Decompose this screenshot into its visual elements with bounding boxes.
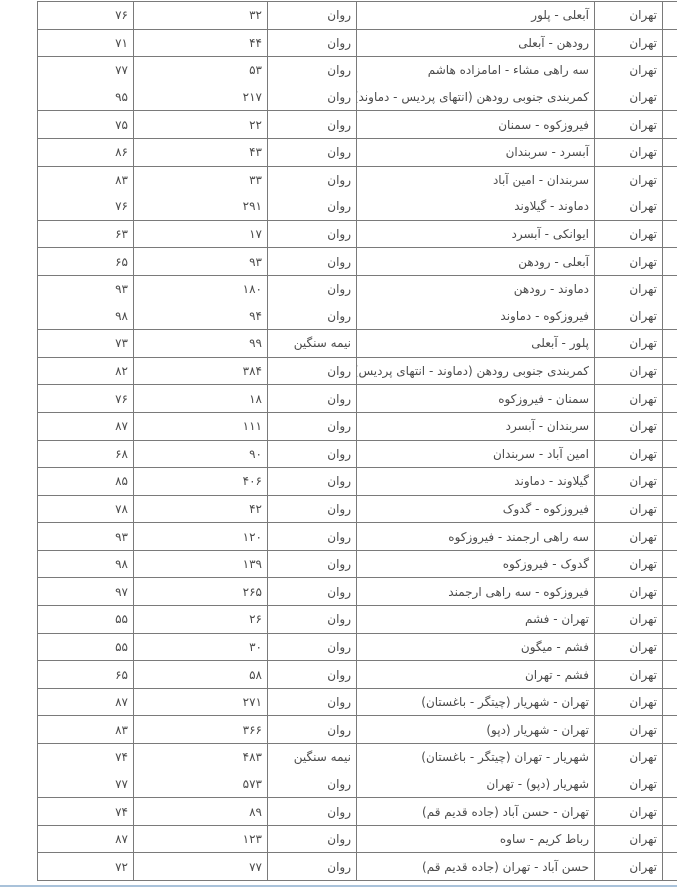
traffic-table-row: ۴۲ تهران سمنان - فیروزکوه روان ۱۸ ۷۶ [38,385,677,413]
route-name-cell: فیروزکوه - گدوک [357,495,595,523]
traffic-table-row: ۴۳ تهران سربندان - آبسرد روان ۱۱۱ ۸۷ [38,412,677,440]
traffic-table-body: ۲۸ تهران آبعلی - پلور روان ۳۲ ۷۶ ۲۹ تهرا… [38,2,677,881]
province-cell: تهران [595,193,663,220]
traffic-count-cell: ۳۶۶ [134,716,268,744]
traffic-table-row: ۴۸ تهران گدوک - فیروزکوه روان ۱۳۹ ۹۸ [38,550,677,578]
percent-cell: ۶۵ [38,248,134,276]
province-cell: تهران [595,771,663,798]
traffic-count-cell: ۲۶ [134,606,268,634]
row-number-cell: ۳۹ [663,303,677,330]
traffic-status-cell: نیمه سنگین [268,744,357,771]
traffic-count-cell: ۵۳ [134,57,268,84]
row-number-cell: ۳۰ [663,57,677,84]
percent-cell: ۶۸ [38,440,134,468]
province-cell: تهران [595,523,663,551]
traffic-count-cell: ۱۲۰ [134,523,268,551]
traffic-count-cell: ۱۷ [134,220,268,248]
row-number-cell: ۴۱ [663,357,677,385]
traffic-count-cell: ۱۱۱ [134,412,268,440]
route-name-cell: سه راهی ارجمند - فیروزکوه [357,523,595,551]
province-cell: تهران [595,716,663,744]
percent-cell: ۸۷ [38,825,134,853]
row-number-cell: ۲۸ [663,2,677,30]
traffic-table-row: ۵۲ تهران فشم - تهران روان ۵۸ ۶۵ [38,661,677,689]
traffic-status-cell: روان [268,606,357,634]
province-cell: تهران [595,825,663,853]
row-number-cell: ۵۱ [663,633,677,661]
traffic-table-row: ۳۵ تهران دماوند - گیلاوند روان ۲۹۱ ۷۶ [38,193,677,220]
traffic-status-cell: روان [268,412,357,440]
row-number-cell: ۴۰ [663,330,677,358]
province-cell: تهران [595,248,663,276]
row-number-cell: ۵۳ [663,688,677,716]
traffic-count-cell: ۹۹ [134,330,268,358]
traffic-count-cell: ۵۷۳ [134,771,268,798]
route-name-cell: رودهن - آبعلی [357,29,595,57]
traffic-status-cell: روان [268,84,357,111]
province-cell: تهران [595,468,663,496]
traffic-status-cell: روان [268,138,357,166]
percent-cell: ۸۵ [38,468,134,496]
row-number-cell: ۵۶ [663,771,677,798]
traffic-status-cell: روان [268,688,357,716]
row-number-cell: ۴۲ [663,385,677,413]
route-name-cell: دماوند - رودهن [357,275,595,302]
traffic-table-row: ۵۳ تهران تهران - شهریار (چیتگر - باغستان… [38,688,677,716]
route-name-cell: پلور - آبعلی [357,330,595,358]
percent-cell: ۷۳ [38,330,134,358]
province-cell: تهران [595,744,663,771]
route-name-cell: سربندان - امین آباد [357,166,595,193]
row-number-cell: ۴۷ [663,523,677,551]
row-number-cell: ۲۹ [663,29,677,57]
traffic-table-row: ۵۶ تهران شهریار (دپو) - تهران روان ۵۷۳ ۷… [38,771,677,798]
road-traffic-table: ۲۸ تهران آبعلی - پلور روان ۳۲ ۷۶ ۲۹ تهرا… [37,1,677,881]
traffic-count-cell: ۹۳ [134,248,268,276]
traffic-status-cell: روان [268,275,357,302]
traffic-table-row: ۵۷ تهران تهران - حسن آباد (جاده قدیم قم)… [38,798,677,826]
traffic-table-row: ۲۹ تهران رودهن - آبعلی روان ۴۴ ۷۱ [38,29,677,57]
route-name-cell: سه راهی مشاء - امامزاده هاشم [357,57,595,84]
row-number-cell: ۳۴ [663,166,677,193]
traffic-table-row: ۲۸ تهران آبعلی - پلور روان ۳۲ ۷۶ [38,2,677,30]
province-cell: تهران [595,330,663,358]
traffic-table-row: ۴۴ تهران امین آباد - سربندان روان ۹۰ ۶۸ [38,440,677,468]
traffic-status-cell: روان [268,550,357,578]
traffic-status-cell: روان [268,853,357,881]
row-number-cell: ۵۸ [663,825,677,853]
traffic-status-cell: روان [268,357,357,385]
traffic-table-row: ۳۷ تهران آبعلی - رودهن روان ۹۳ ۶۵ [38,248,677,276]
province-cell: تهران [595,440,663,468]
province-cell: تهران [595,111,663,139]
route-name-cell: شهریار (دپو) - تهران [357,771,595,798]
route-name-cell: آبعلی - رودهن [357,248,595,276]
row-number-cell: ۳۶ [663,220,677,248]
province-cell: تهران [595,29,663,57]
route-name-cell: فیروزکوه - سه راهی ارجمند [357,578,595,606]
traffic-table-row: ۴۰ تهران پلور - آبعلی نیمه سنگین ۹۹ ۷۳ [38,330,677,358]
traffic-count-cell: ۴۲ [134,495,268,523]
page-bottom-divider [0,885,677,887]
province-cell: تهران [595,84,663,111]
percent-cell: ۶۵ [38,661,134,689]
traffic-table-row: ۳۸ تهران دماوند - رودهن روان ۱۸۰ ۹۳ [38,275,677,302]
percent-cell: ۷۶ [38,193,134,220]
province-cell: تهران [595,688,663,716]
route-name-cell: دماوند - گیلاوند [357,193,595,220]
row-number-cell: ۵۲ [663,661,677,689]
province-cell: تهران [595,385,663,413]
traffic-status-cell: روان [268,825,357,853]
traffic-count-cell: ۹۴ [134,303,268,330]
traffic-status-cell: روان [268,29,357,57]
traffic-count-cell: ۳۸۴ [134,357,268,385]
traffic-status-cell: روان [268,166,357,193]
traffic-status-cell: روان [268,57,357,84]
traffic-count-cell: ۲۷۱ [134,688,268,716]
traffic-table-row: ۴۵ تهران گیلاوند - دماوند روان ۴۰۶ ۸۵ [38,468,677,496]
province-cell: تهران [595,57,663,84]
traffic-table-row: ۴۷ تهران سه راهی ارجمند - فیروزکوه روان … [38,523,677,551]
percent-cell: ۸۲ [38,357,134,385]
percent-cell: ۷۷ [38,57,134,84]
percent-cell: ۸۷ [38,688,134,716]
row-number-cell: ۵۰ [663,606,677,634]
traffic-status-cell: نیمه سنگین [268,330,357,358]
traffic-status-cell: روان [268,523,357,551]
traffic-table-row: ۳۶ تهران ایوانکی - آبسرد روان ۱۷ ۶۳ [38,220,677,248]
traffic-table-row: ۵۴ تهران تهران - شهریار (دپو) روان ۳۶۶ ۸… [38,716,677,744]
route-name-cell: تهران - حسن آباد (جاده قدیم قم) [357,798,595,826]
percent-cell: ۹۸ [38,303,134,330]
province-cell: تهران [595,138,663,166]
row-number-cell: ۴۸ [663,550,677,578]
row-number-cell: ۵۹ [663,853,677,881]
province-cell: تهران [595,2,663,30]
province-cell: تهران [595,633,663,661]
province-cell: تهران [595,853,663,881]
percent-cell: ۹۵ [38,84,134,111]
province-cell: تهران [595,578,663,606]
percent-cell: ۶۳ [38,220,134,248]
province-cell: تهران [595,606,663,634]
traffic-status-cell: روان [268,633,357,661]
traffic-table-row: ۴۱ تهران کمربندی جنوبی رودهن (دماوند - ا… [38,357,677,385]
traffic-status-cell: روان [268,468,357,496]
row-number-cell: ۵۷ [663,798,677,826]
traffic-table-row: ۳۲ تهران فیروزکوه - سمنان روان ۲۲ ۷۵ [38,111,677,139]
traffic-status-cell: روان [268,578,357,606]
traffic-count-cell: ۴۰۶ [134,468,268,496]
traffic-status-cell: روان [268,220,357,248]
percent-cell: ۸۷ [38,412,134,440]
traffic-count-cell: ۳۲ [134,2,268,30]
row-number-cell: ۵۴ [663,716,677,744]
percent-cell: ۷۷ [38,771,134,798]
province-cell: تهران [595,661,663,689]
route-name-cell: آبعلی - پلور [357,2,595,30]
route-name-cell: تهران - شهریار (دپو) [357,716,595,744]
row-number-cell: ۵۵ [663,744,677,771]
traffic-table-row: ۴۹ تهران فیروزکوه - سه راهی ارجمند روان … [38,578,677,606]
traffic-status-cell: روان [268,193,357,220]
route-name-cell: سمنان - فیروزکوه [357,385,595,413]
traffic-status-cell: روان [268,798,357,826]
traffic-table-row: ۳۱ تهران کمربندی جنوبی رودهن (انتهای پرد… [38,84,677,111]
route-name-cell: شهریار - تهران (چیتگر - باغستان) [357,744,595,771]
traffic-count-cell: ۲۲ [134,111,268,139]
percent-cell: ۷۱ [38,29,134,57]
traffic-table-row: ۳۴ تهران سربندان - امین آباد روان ۳۳ ۸۳ [38,166,677,193]
traffic-status-cell: روان [268,661,357,689]
route-name-cell: گیلاوند - دماوند [357,468,595,496]
traffic-status-cell: روان [268,111,357,139]
traffic-count-cell: ۲۶۵ [134,578,268,606]
province-cell: تهران [595,303,663,330]
traffic-status-cell: روان [268,303,357,330]
route-name-cell: سربندان - آبسرد [357,412,595,440]
traffic-table-row: ۳۹ تهران فیروزکوه - دماوند روان ۹۴ ۹۸ [38,303,677,330]
row-number-cell: ۳۲ [663,111,677,139]
traffic-count-cell: ۱۳۹ [134,550,268,578]
percent-cell: ۷۶ [38,2,134,30]
traffic-count-cell: ۵۸ [134,661,268,689]
traffic-table-row: ۳۰ تهران سه راهی مشاء - امامزاده هاشم رو… [38,57,677,84]
province-cell: تهران [595,495,663,523]
row-number-cell: ۳۱ [663,84,677,111]
traffic-status-cell: روان [268,440,357,468]
traffic-count-cell: ۹۰ [134,440,268,468]
traffic-status-cell: روان [268,771,357,798]
row-number-cell: ۴۴ [663,440,677,468]
route-name-cell: تهران - فشم [357,606,595,634]
percent-cell: ۷۸ [38,495,134,523]
traffic-table-row: ۵۱ تهران فشم - میگون روان ۳۰ ۵۵ [38,633,677,661]
traffic-status-cell: روان [268,385,357,413]
route-name-cell: فشم - میگون [357,633,595,661]
traffic-count-cell: ۴۳ [134,138,268,166]
province-cell: تهران [595,220,663,248]
percent-cell: ۷۲ [38,853,134,881]
traffic-count-cell: ۱۲۳ [134,825,268,853]
province-cell: تهران [595,550,663,578]
percent-cell: ۷۵ [38,111,134,139]
percent-cell: ۹۸ [38,550,134,578]
row-number-cell: ۳۸ [663,275,677,302]
traffic-table-row: ۵۵ تهران شهریار - تهران (چیتگر - باغستان… [38,744,677,771]
province-cell: تهران [595,166,663,193]
route-name-cell: حسن آباد - تهران (جاده قدیم قم) [357,853,595,881]
traffic-table-row: ۵۹ تهران حسن آباد - تهران (جاده قدیم قم)… [38,853,677,881]
traffic-count-cell: ۳۰ [134,633,268,661]
traffic-count-cell: ۲۹۱ [134,193,268,220]
row-number-cell: ۳۳ [663,138,677,166]
route-name-cell: گدوک - فیروزکوه [357,550,595,578]
route-name-cell: رباط کریم - ساوه [357,825,595,853]
province-cell: تهران [595,357,663,385]
percent-cell: ۸۶ [38,138,134,166]
traffic-table-row: ۴۶ تهران فیروزکوه - گدوک روان ۴۲ ۷۸ [38,495,677,523]
percent-cell: ۵۵ [38,606,134,634]
route-name-cell: کمربندی جنوبی رودهن (دماوند - انتهای پرد… [357,357,595,385]
province-cell: تهران [595,412,663,440]
traffic-count-cell: ۸۹ [134,798,268,826]
traffic-status-cell: روان [268,2,357,30]
percent-cell: ۹۳ [38,523,134,551]
row-number-cell: ۳۷ [663,248,677,276]
route-name-cell: کمربندی جنوبی رودهن (انتهای پردیس - دماو… [357,84,595,111]
row-number-cell: ۴۶ [663,495,677,523]
traffic-count-cell: ۲۱۷ [134,84,268,111]
traffic-table-row: ۳۳ تهران آبسرد - سربندان روان ۴۳ ۸۶ [38,138,677,166]
traffic-table-row: ۵۸ تهران رباط کریم - ساوه روان ۱۲۳ ۸۷ [38,825,677,853]
traffic-count-cell: ۱۸۰ [134,275,268,302]
route-name-cell: تهران - شهریار (چیتگر - باغستان) [357,688,595,716]
percent-cell: ۸۳ [38,166,134,193]
percent-cell: ۷۴ [38,798,134,826]
traffic-count-cell: ۳۳ [134,166,268,193]
province-cell: تهران [595,275,663,302]
province-cell: تهران [595,798,663,826]
route-name-cell: ایوانکی - آبسرد [357,220,595,248]
row-number-cell: ۴۳ [663,412,677,440]
route-name-cell: فیروزکوه - دماوند [357,303,595,330]
traffic-status-cell: روان [268,495,357,523]
percent-cell: ۷۴ [38,744,134,771]
traffic-count-cell: ۱۸ [134,385,268,413]
percent-cell: ۸۳ [38,716,134,744]
row-number-cell: ۴۹ [663,578,677,606]
percent-cell: ۷۶ [38,385,134,413]
route-name-cell: امین آباد - سربندان [357,440,595,468]
traffic-status-cell: روان [268,248,357,276]
traffic-count-cell: ۴۴ [134,29,268,57]
route-name-cell: فشم - تهران [357,661,595,689]
route-name-cell: فیروزکوه - سمنان [357,111,595,139]
traffic-status-cell: روان [268,716,357,744]
percent-cell: ۹۷ [38,578,134,606]
percent-cell: ۹۳ [38,275,134,302]
percent-cell: ۵۵ [38,633,134,661]
traffic-count-cell: ۴۸۳ [134,744,268,771]
traffic-table-row: ۵۰ تهران تهران - فشم روان ۲۶ ۵۵ [38,606,677,634]
traffic-count-cell: ۷۷ [134,853,268,881]
row-number-cell: ۳۵ [663,193,677,220]
row-number-cell: ۴۵ [663,468,677,496]
route-name-cell: آبسرد - سربندان [357,138,595,166]
